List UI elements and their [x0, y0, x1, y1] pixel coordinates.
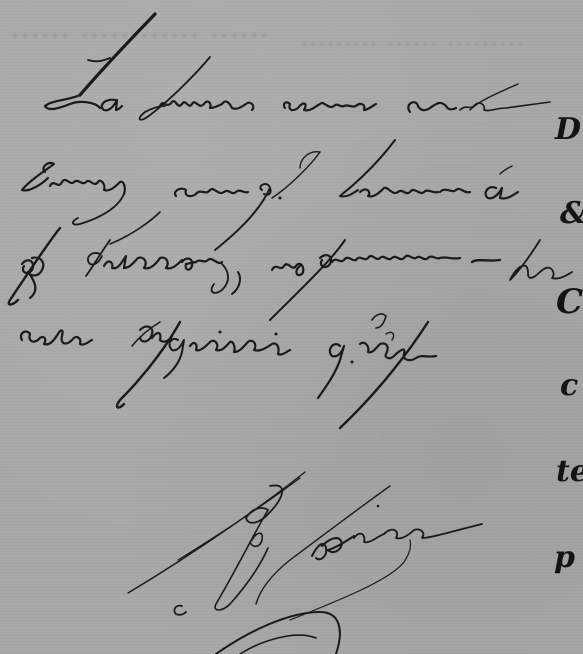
line-4-strokes: [21, 314, 436, 428]
margin-fragment-p: p: [554, 540, 575, 575]
manuscript-page: …… ………… …… ……… …… ……… La Suma escasez de…: [0, 0, 583, 654]
signature-strokes: [128, 472, 482, 654]
margin-fragment-du: Du: [555, 112, 583, 147]
margin-fragment-c-lower: c: [560, 368, 578, 403]
line-3-strokes: [9, 228, 572, 320]
line-1-strokes: [45, 14, 550, 120]
line-2-strokes: [22, 140, 518, 250]
margin-fragment-c-upper: C: [556, 282, 583, 322]
margin-fragment-te: te: [556, 454, 583, 489]
handwriting-strokes: [0, 0, 583, 654]
margin-fragment-ampersand: &: [560, 196, 583, 231]
